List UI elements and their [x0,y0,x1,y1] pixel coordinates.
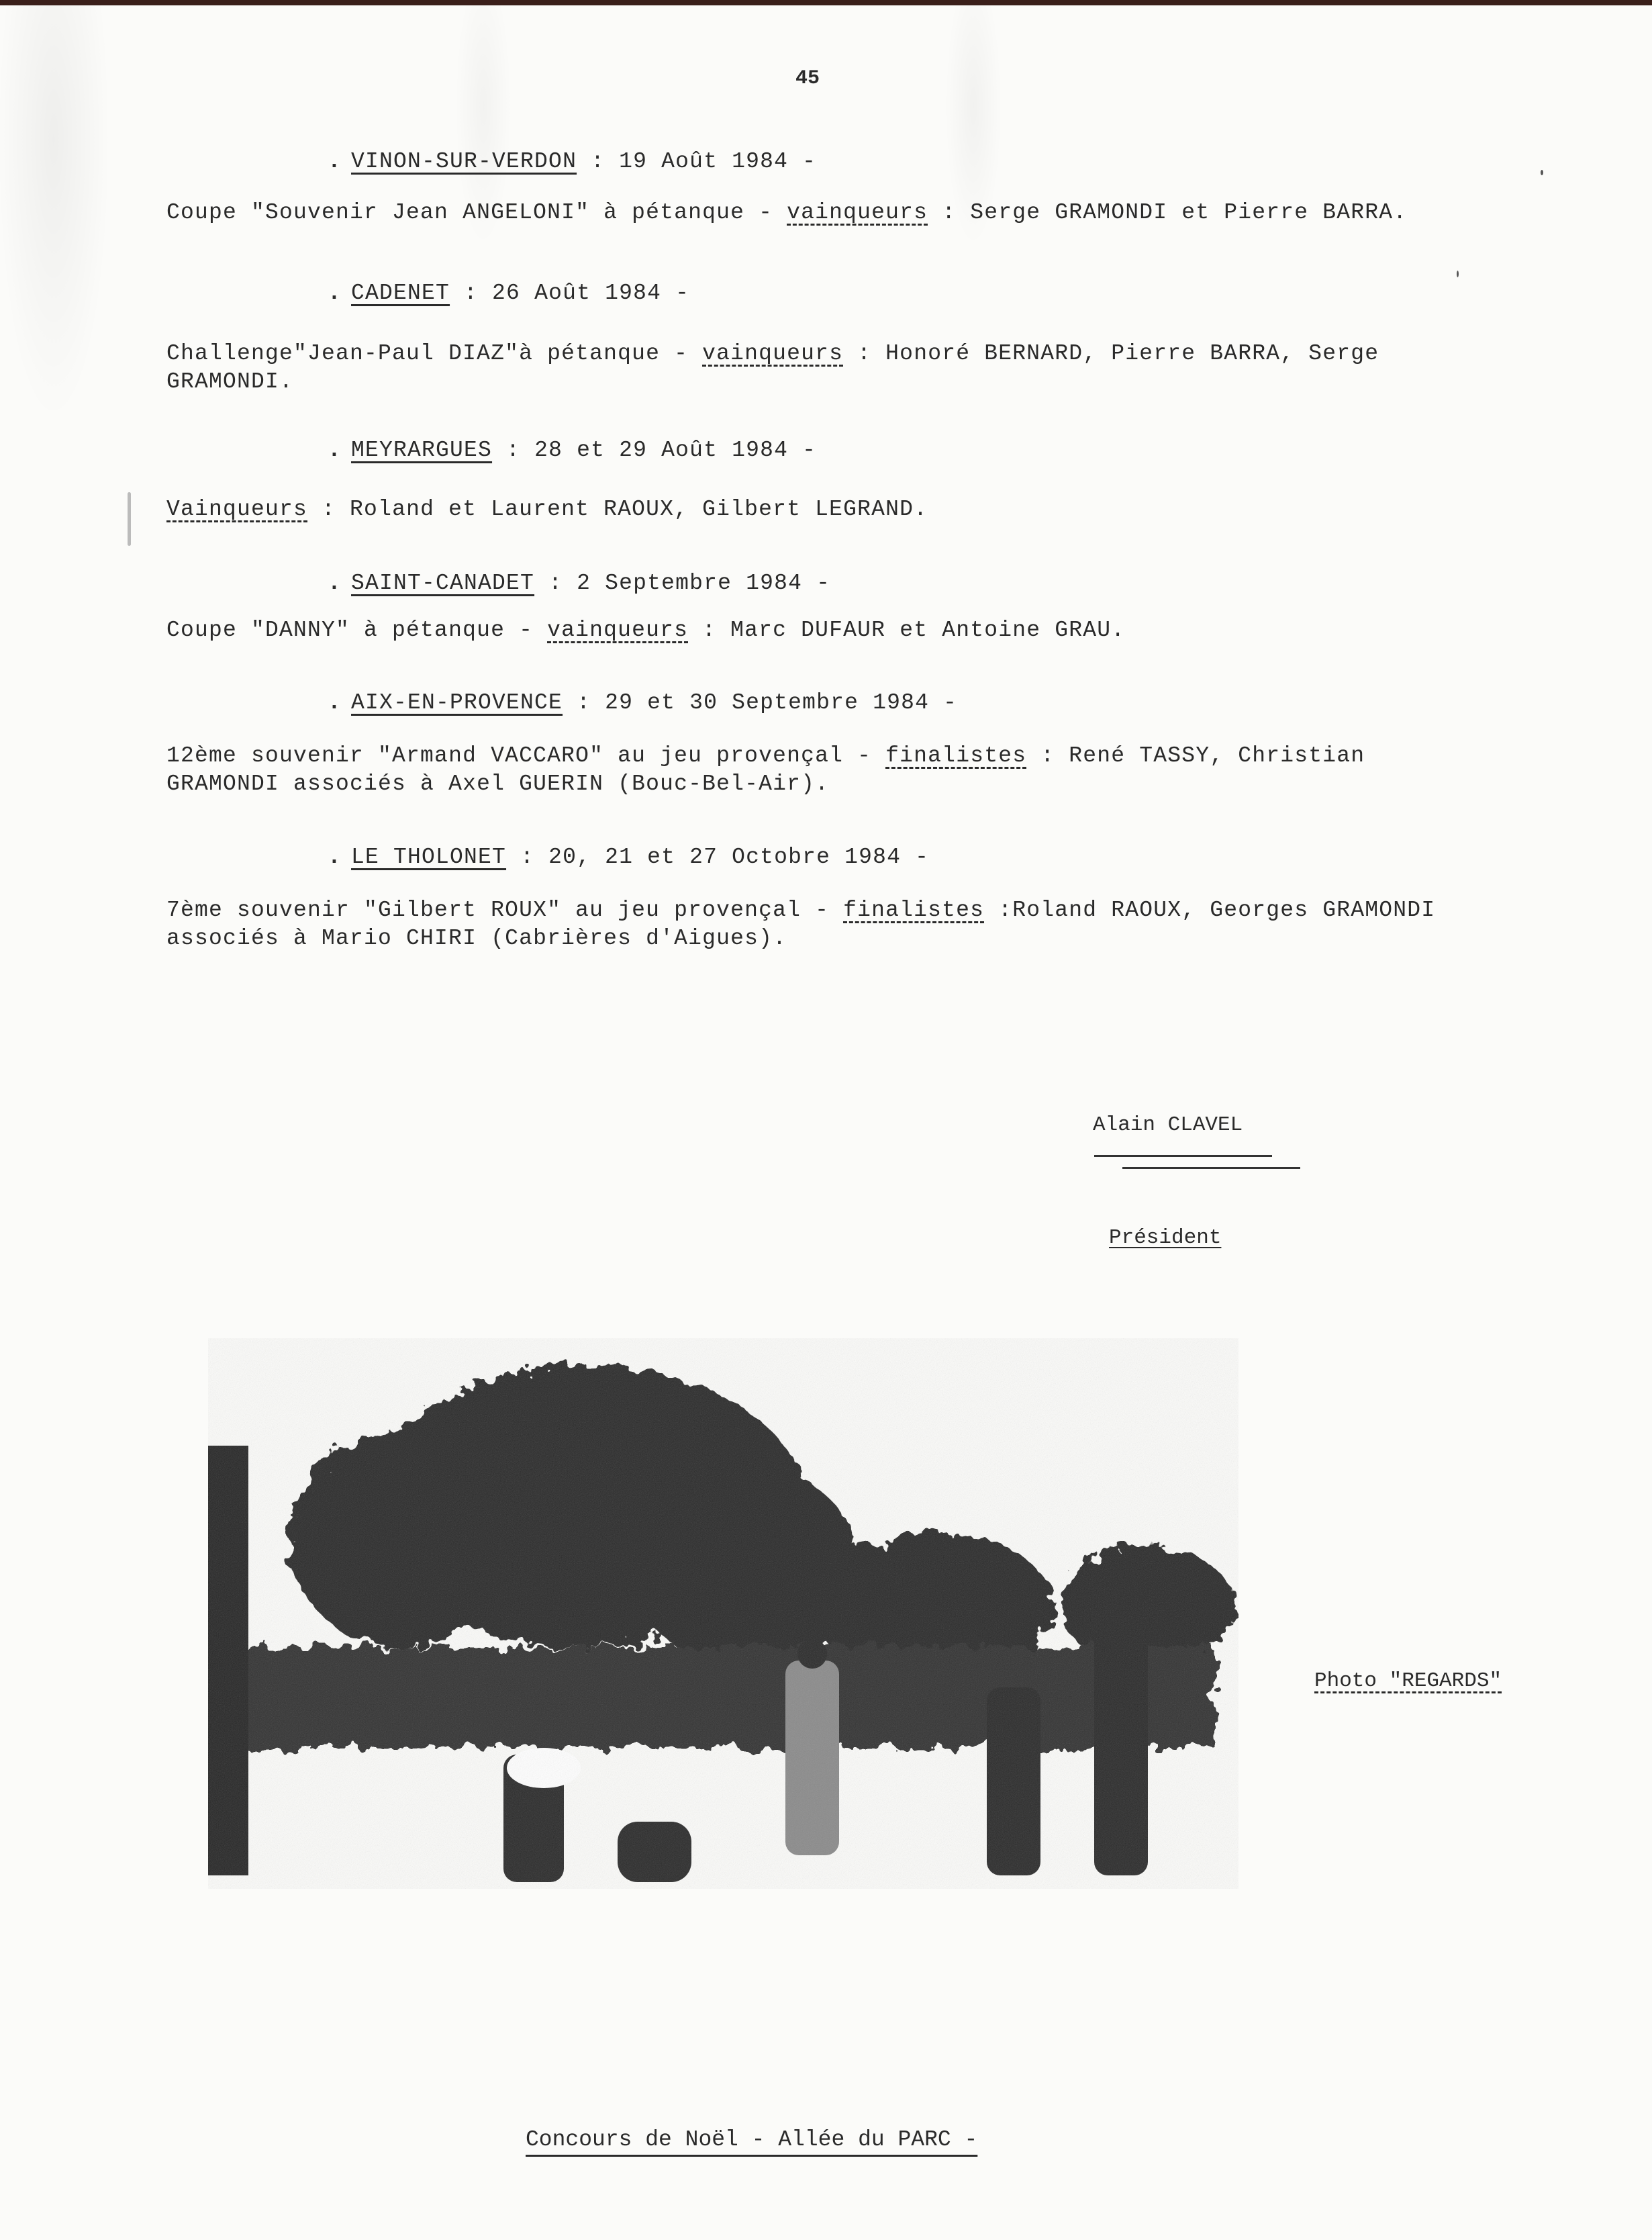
result-label: finalistes [843,898,984,923]
signature-underline [1094,1155,1272,1157]
entry-body-line: GRAMONDI associés à Axel GUERIN (Bouc-Be… [166,770,829,798]
entry-heading: .AIX-EN-PROVENCE : 29 et 30 Septembre 19… [328,689,957,717]
entry-text: GRAMONDI. [166,369,293,394]
bullet-dot: . [328,690,342,715]
entry-heading: .VINON-SUR-VERDON : 19 Août 1984 - [328,148,816,176]
result-label: finalistes [885,743,1026,768]
entry-text: : Marc DUFAUR et Antoine GRAU. [688,618,1125,643]
entry-text: Coupe "DANNY" à pétanque - [166,618,547,643]
entry-date: : 26 Août 1984 - [450,281,689,306]
signature-name: Alain CLAVEL [1093,1113,1243,1137]
entry-body-line: Challenge"Jean-Paul DIAZ"à pétanque - va… [166,340,1379,368]
entry-body-line: associés à Mario CHIRI (Cabrières d'Aigu… [166,925,787,953]
entry-text: 7ème souvenir "Gilbert ROUX" au jeu prov… [166,898,843,923]
scanned-page: 45 .VINON-SUR-VERDON : 19 Août 1984 -Cou… [0,5,1652,2240]
entry-body-line: GRAMONDI. [166,368,293,396]
bullet-dot: . [328,281,342,306]
entry-text: : Roland et Laurent RAOUX, Gilbert LEGRA… [307,497,928,522]
entry-heading: .CADENET : 26 Août 1984 - [328,279,689,308]
entry-heading: .SAINT-CANADET : 2 Septembre 1984 - [328,569,830,598]
entry-text: Coupe "Souvenir Jean ANGELONI" à pétanqu… [166,200,787,225]
entry-place: CADENET [351,281,450,306]
entry-place: AIX-EN-PROVENCE [351,690,563,715]
entry-heading: .LE THOLONET : 20, 21 et 27 Octobre 1984… [328,843,929,872]
entry-body-line: 7ème souvenir "Gilbert ROUX" au jeu prov… [166,896,1435,925]
result-label: vainqueurs [702,341,843,366]
photo-caption: Concours de Noël - Allée du PARC - [526,2127,977,2152]
entry-place: MEYRARGUES [351,438,492,463]
entry-text: Challenge"Jean-Paul DIAZ"à pétanque - [166,341,702,366]
bullet-dot: . [328,845,342,870]
entry-body-line: 12ème souvenir "Armand VACCARO" au jeu p… [166,742,1365,770]
entry-text: 12ème souvenir "Armand VACCARO" au jeu p… [166,743,885,768]
result-label: vainqueurs [787,200,928,225]
entry-date: : 2 Septembre 1984 - [534,571,830,596]
bullet-dot: . [328,438,342,463]
entry-text: associés à Mario CHIRI (Cabrières d'Aigu… [166,926,787,951]
photo-credit: Photo "REGARDS" [1314,1669,1502,1693]
entry-heading: .MEYRARGUES : 28 et 29 Août 1984 - [328,436,816,465]
entry-date: : 28 et 29 Août 1984 - [492,438,816,463]
entry-body-line: Coupe "Souvenir Jean ANGELONI" à pétanqu… [166,199,1407,227]
entry-date: : 19 Août 1984 - [577,149,816,174]
bullet-dot: . [328,149,342,174]
scan-speck [1541,170,1543,175]
entry-text: : René TASSY, Christian [1026,743,1365,768]
entry-date: : 29 et 30 Septembre 1984 - [563,690,957,715]
entry-date: : 20, 21 et 27 Octobre 1984 - [506,845,929,870]
petanque-photo [208,1338,1238,1889]
scan-mark [128,492,131,546]
entry-place: LE THOLONET [351,845,506,870]
entry-place: SAINT-CANADET [351,571,534,596]
scan-speck [1457,271,1459,277]
entry-text: :Roland RAOUX, Georges GRAMONDI [984,898,1435,923]
entry-body-line: Vainqueurs : Roland et Laurent RAOUX, Gi… [166,496,928,524]
entry-text: GRAMONDI associés à Axel GUERIN (Bouc-Be… [166,772,829,796]
result-label: Vainqueurs [166,497,307,522]
signature-title: Président [1109,1226,1221,1250]
entry-text: : Honoré BERNARD, Pierre BARRA, Serge [843,341,1379,366]
entry-place: VINON-SUR-VERDON [351,149,577,174]
entry-text: : Serge GRAMONDI et Pierre BARRA. [928,200,1407,225]
bullet-dot: . [328,571,342,596]
page-number: 45 [795,67,820,90]
entry-body-line: Coupe "DANNY" à pétanque - vainqueurs : … [166,616,1125,645]
result-label: vainqueurs [547,618,688,643]
signature-underline-2 [1122,1167,1300,1169]
